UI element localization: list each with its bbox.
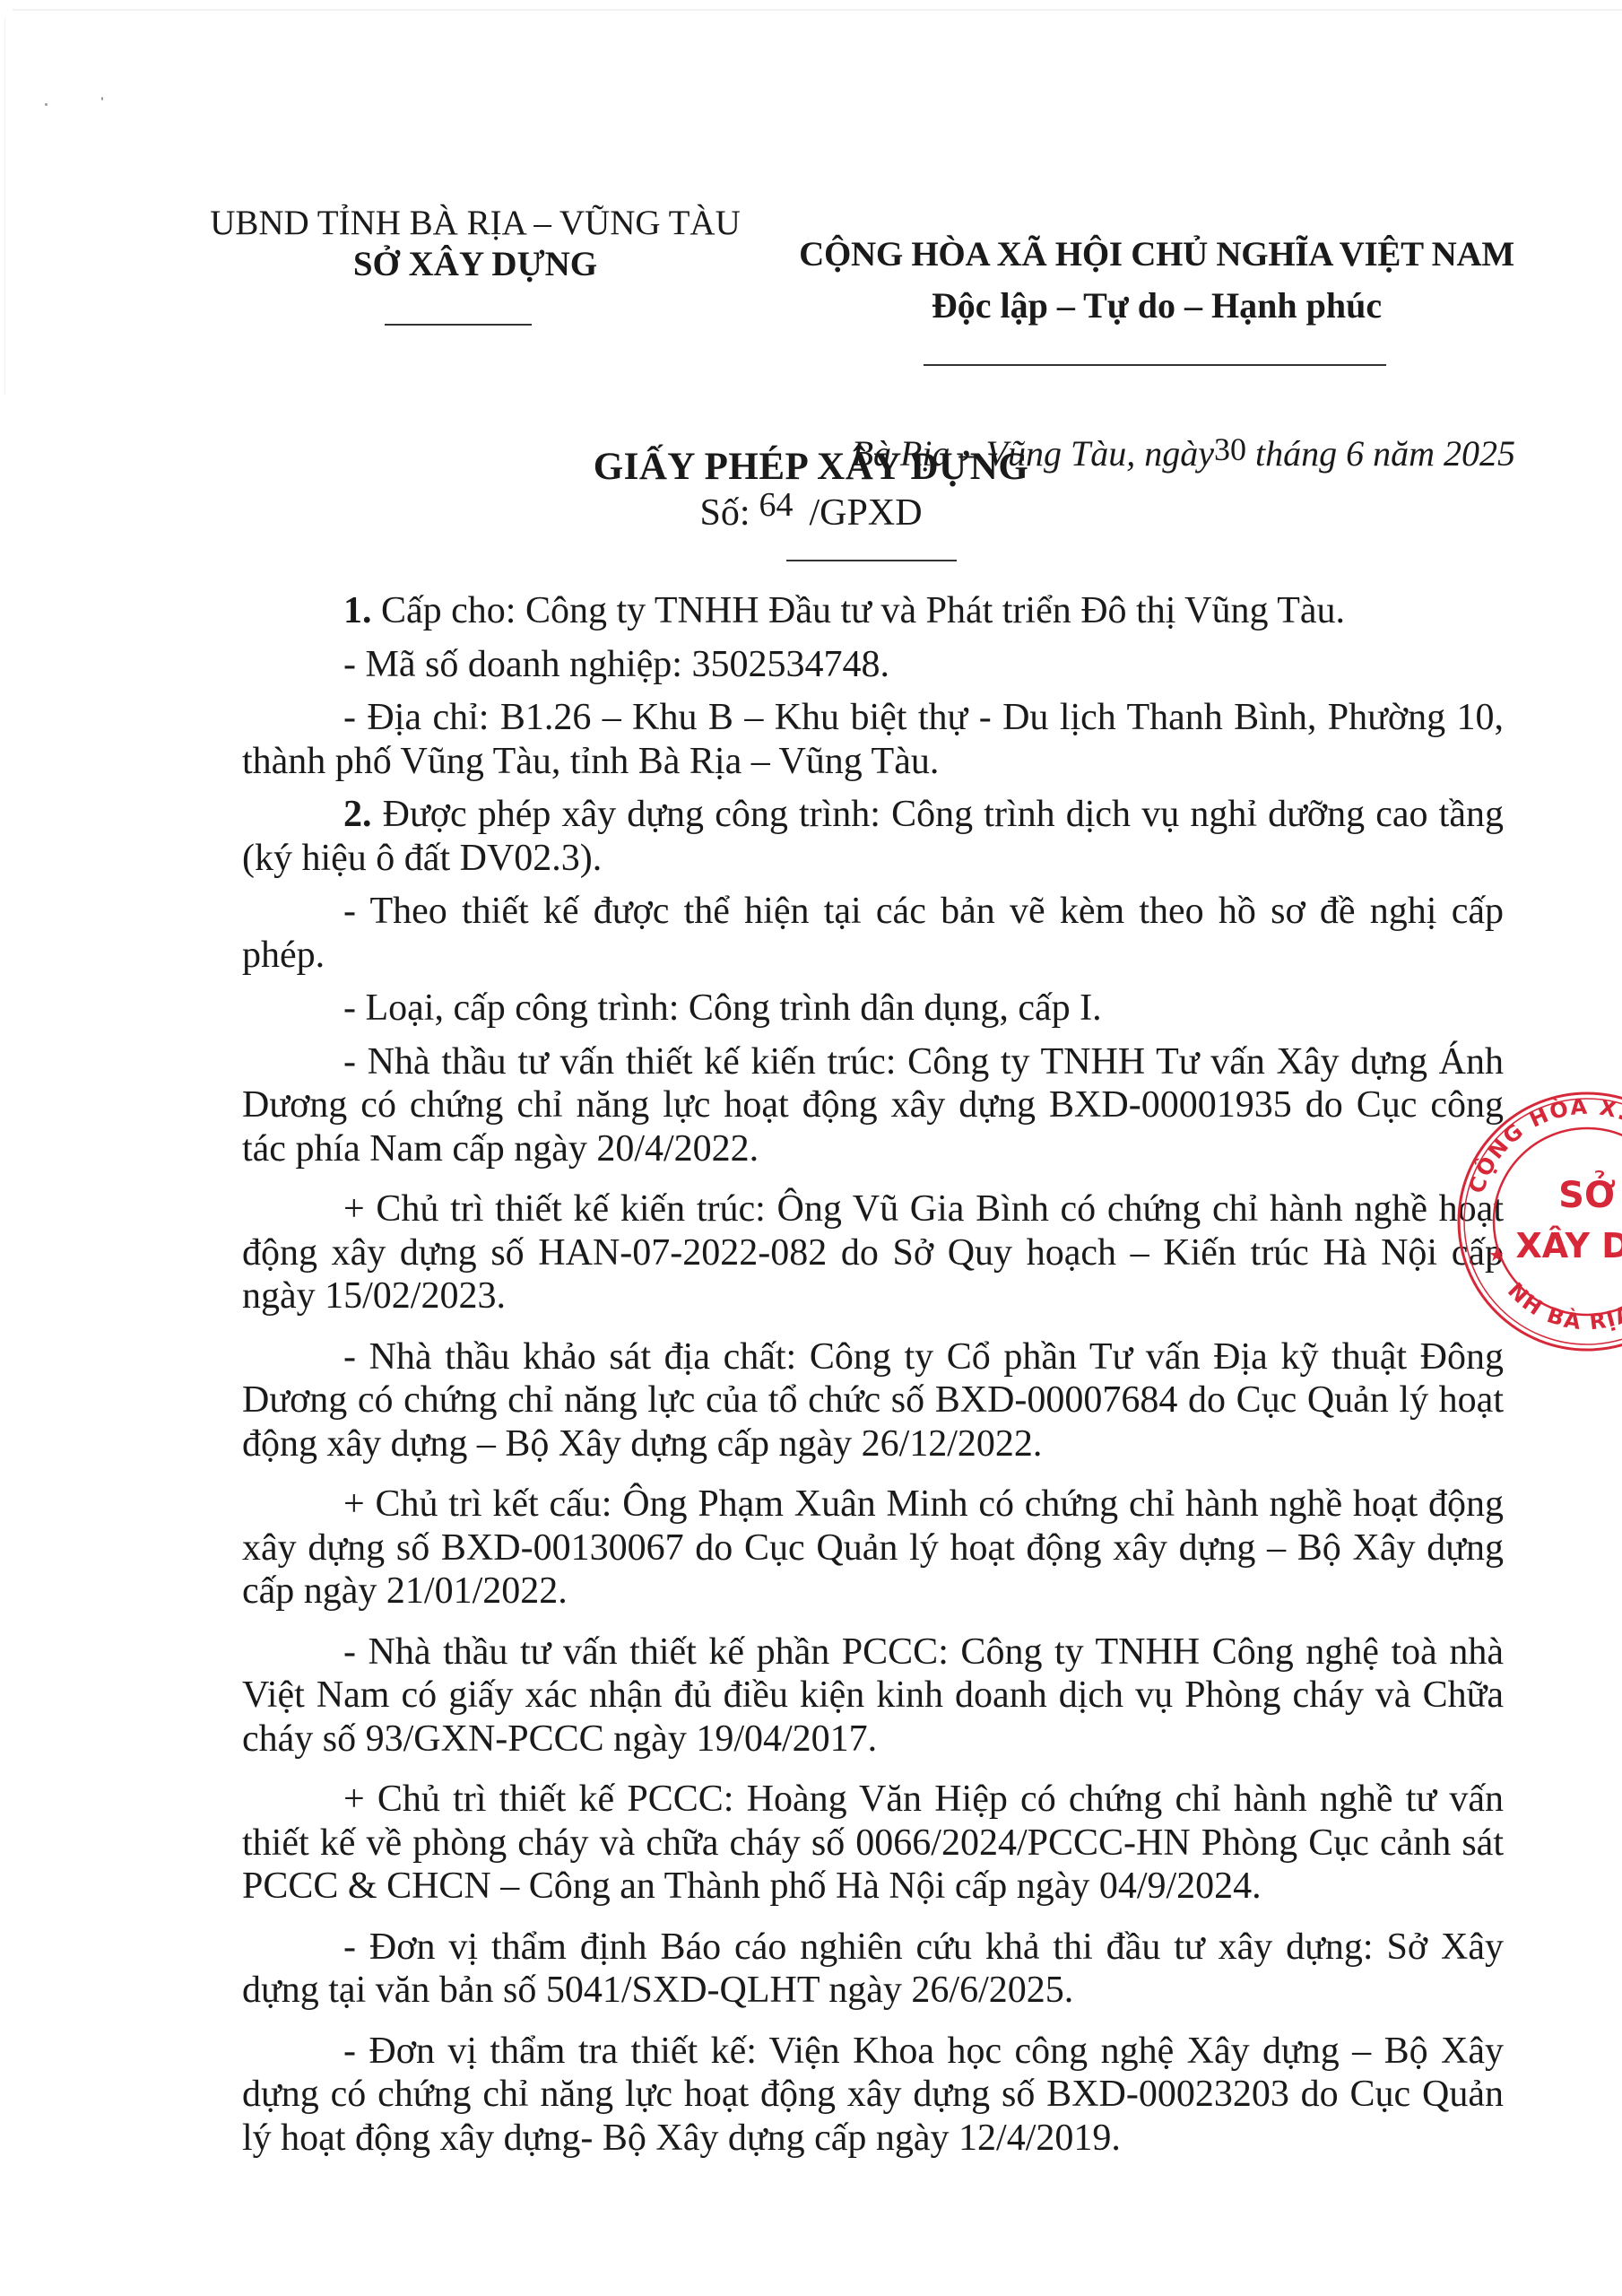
paragraph-text: - Nhà thầu tư vấn thiết kế phần PCCC: Cô… (242, 1631, 1504, 1760)
paragraph-text: - Nhà thầu khảo sát địa chất: Công ty Cổ… (242, 1336, 1504, 1465)
paragraph-text: - Địa chỉ: B1.26 – Khu B – Khu biệt thự … (242, 697, 1504, 782)
paragraph-text: - Đơn vị thẩm định Báo cáo nghiên cứu kh… (242, 1926, 1504, 2012)
permit-paragraph: - Địa chỉ: B1.26 – Khu B – Khu biệt thự … (242, 696, 1504, 783)
scan-edge-left (4, 18, 5, 395)
authority-name: UBND TỈNH BÀ RỊA – VŨNG TÀU (206, 203, 744, 244)
number-label: Số: (699, 492, 750, 534)
paragraph-text: Cấp cho: Công ty TNHH Đầu tư và Phát tri… (372, 590, 1346, 631)
permit-number-line: Số:64/GPXD (0, 491, 1622, 536)
scan-edge-top (13, 9, 1622, 11)
paragraph-text: Được phép xây dựng công trình: Công trìn… (242, 794, 1504, 879)
document-title: GIẤY PHÉP XÂY DỰNG (0, 444, 1622, 491)
seal-center-line2: XÂY DỰ (1515, 1226, 1622, 1265)
paragraph-text: - Nhà thầu tư vấn thiết kế kiến trúc: Cô… (242, 1041, 1504, 1170)
permit-paragraph: - Theo thiết kế được thể hiện tại các bả… (242, 890, 1504, 977)
seal-center-line1: SỞ (1558, 1169, 1616, 1216)
permit-paragraph: - Mã số doanh nghiệp: 3502534748. (242, 643, 1504, 687)
department-underline (385, 324, 532, 326)
permit-body: 1. Cấp cho: Công ty TNHH Đầu tư và Phát … (242, 589, 1504, 2160)
number-suffix: /GPXD (810, 492, 923, 534)
issuing-authority-block: UBND TỈNH BÀ RỊA – VŨNG TÀU SỞ XÂY DỰNG (206, 203, 744, 285)
permit-paragraph: + Chủ trì thiết kế kiến trúc: Ông Vũ Gia… (242, 1187, 1504, 1318)
paragraph-number: 2. (343, 794, 372, 835)
paragraph-text: + Chủ trì thiết kế PCCC: Hoàng Văn Hiệp … (242, 1779, 1504, 1907)
national-motto: Độc lập – Tự do – Hạnh phúc (789, 276, 1524, 335)
scan-speck (101, 97, 103, 100)
paragraph-text: + Chủ trì kết cấu: Ông Phạm Xuân Minh có… (242, 1483, 1504, 1612)
paragraph-text: - Mã số doanh nghiệp: 3502534748. (343, 644, 889, 685)
permit-paragraph: - Loại, cấp công trình: Công trình dân d… (242, 987, 1504, 1031)
permit-number: 64 (750, 486, 810, 524)
permit-paragraph: 2. Được phép xây dựng công trình: Công t… (242, 793, 1504, 880)
paragraph-number: 1. (343, 590, 372, 631)
permit-paragraph: - Nhà thầu tư vấn thiết kế kiến trúc: Cô… (242, 1040, 1504, 1171)
paragraph-text: - Loại, cấp công trình: Công trình dân d… (343, 987, 1102, 1029)
nation-name: CỘNG HÒA XÃ HỘI CHỦ NGHĨA VIỆT NAM (789, 233, 1524, 276)
permit-paragraph: + Chủ trì thiết kế PCCC: Hoàng Văn Hiệp … (242, 1778, 1504, 1909)
permit-paragraph: - Nhà thầu khảo sát địa chất: Công ty Cổ… (242, 1335, 1504, 1466)
paragraph-text: - Đơn vị thẩm tra thiết kế: Viện Khoa họ… (242, 2031, 1504, 2159)
paragraph-text: - Theo thiết kế được thể hiện tại các bả… (242, 891, 1504, 976)
document-title-block: GIẤY PHÉP XÂY DỰNG Số:64/GPXD (0, 444, 1622, 536)
permit-paragraph: + Chủ trì kết cấu: Ông Phạm Xuân Minh có… (242, 1483, 1504, 1613)
title-underline (786, 560, 957, 561)
seal-star-icon: ★ (1488, 1244, 1505, 1265)
official-seal-stamp: CỘNG HÒA X.H.C.N NH BÀ RỊA - V SỞ XÂY DỰ… (1456, 1091, 1622, 1352)
national-header-block: CỘNG HÒA XÃ HỘI CHỦ NGHĨA VIỆT NAM Độc l… (789, 233, 1524, 335)
permit-paragraph: - Đơn vị thẩm định Báo cáo nghiên cứu kh… (242, 1926, 1504, 2013)
permit-paragraph: - Nhà thầu tư vấn thiết kế phần PCCC: Cô… (242, 1631, 1504, 1761)
permit-paragraph: - Đơn vị thẩm tra thiết kế: Viện Khoa họ… (242, 2030, 1504, 2161)
scan-speck (45, 103, 48, 106)
permit-paragraph: 1. Cấp cho: Công ty TNHH Đầu tư và Phát … (242, 589, 1504, 633)
paragraph-text: + Chủ trì thiết kế kiến trúc: Ông Vũ Gia… (242, 1188, 1504, 1317)
department-name: SỞ XÂY DỰNG (206, 244, 744, 285)
motto-underline (924, 364, 1386, 366)
